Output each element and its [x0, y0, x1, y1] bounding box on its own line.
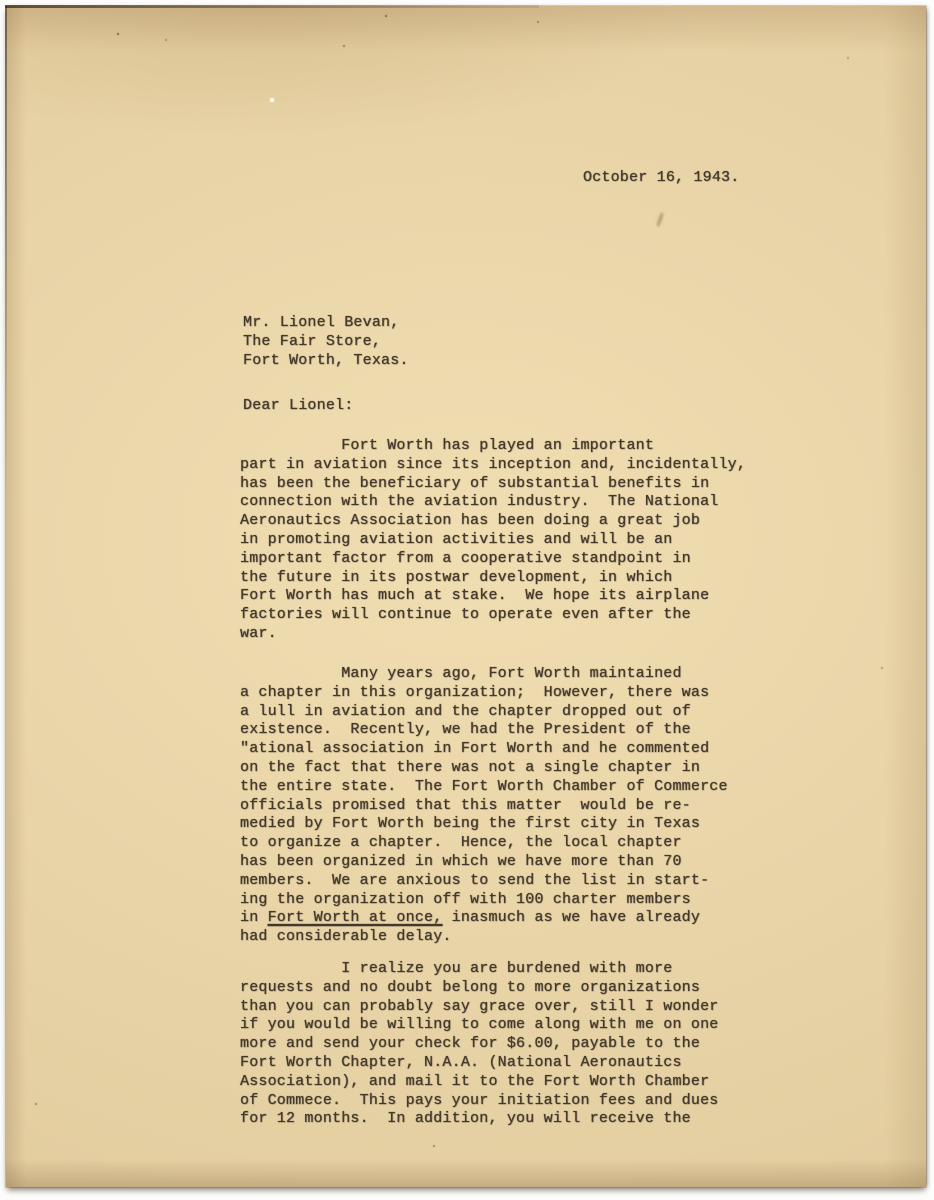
letter-paper: October 16, 1943. Mr. Lionel Bevan, The … [6, 6, 926, 1187]
scanned-letter-page: October 16, 1943. Mr. Lionel Bevan, The … [0, 0, 934, 1200]
scan-edge-top [5, 5, 539, 8]
paragraph-3: I realize you are burdened with more req… [240, 960, 718, 1129]
underlined-phrase: Fort Worth at once, [268, 909, 443, 926]
letter-date: October 16, 1943. [583, 169, 739, 188]
scan-edge-left [5, 6, 7, 502]
paragraph-2: Many years ago, Fort Worth maintained a … [240, 665, 728, 947]
paragraph-2-text-before: Many years ago, Fort Worth maintained a … [240, 665, 728, 926]
pencil-smudge [656, 212, 664, 228]
salutation: Dear Lionel: [243, 397, 353, 416]
paragraph-1: Fort Worth has played an important part … [240, 437, 746, 644]
recipient-address: Mr. Lionel Bevan, The Fair Store, Fort W… [243, 314, 409, 370]
